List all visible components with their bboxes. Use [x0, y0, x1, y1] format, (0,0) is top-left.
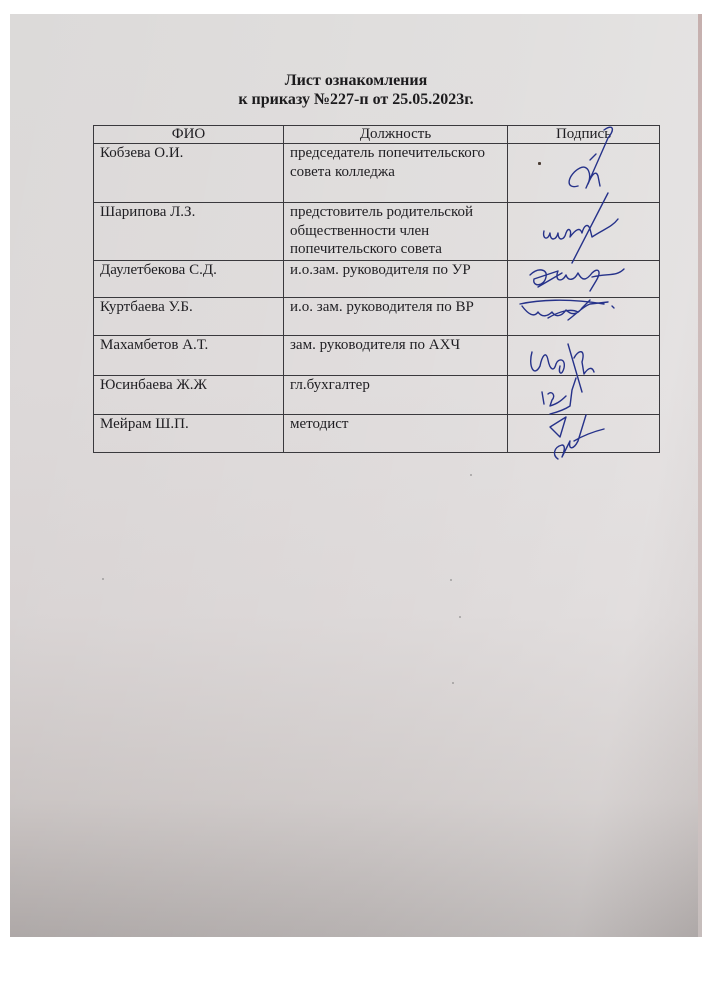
document-subtitle: к приказу №227-п от 25.05.2023г. — [10, 91, 702, 109]
paper-speck — [102, 578, 104, 580]
header-name: ФИО — [94, 126, 284, 144]
cell-position: и.о.зам. руководителя по УР — [284, 261, 508, 298]
cell-name: Даулетбекова С.Д. — [94, 261, 284, 298]
document-photo: Лист ознакомления к приказу №227-п от 25… — [10, 14, 702, 937]
paper-sheet: Лист ознакомления к приказу №227-п от 25… — [10, 14, 702, 937]
paper-speck — [470, 474, 472, 476]
cell-signature — [508, 336, 660, 376]
table-row: Мейрам Ш.П. методист — [94, 415, 660, 453]
cell-signature — [508, 376, 660, 415]
table-row: Кобзева О.И. председатель попечительског… — [94, 144, 660, 203]
table-row: Юсинбаева Ж.Ж гл.бухгалтер — [94, 376, 660, 415]
table-row: Махамбетов А.Т. зам. руководителя по АХЧ — [94, 336, 660, 376]
table-row: Шарипова Л.З. предстовитель родительской… — [94, 203, 660, 261]
cell-signature — [508, 203, 660, 261]
header-signature: Подпись — [508, 126, 660, 144]
cell-position: председатель попечительского совета колл… — [284, 144, 508, 203]
acknowledgement-table: ФИО Должность Подпись Кобзева О.И. предс… — [93, 125, 660, 453]
paper-speck — [450, 579, 452, 581]
paper-speck — [452, 682, 454, 684]
cell-name: Мейрам Ш.П. — [94, 415, 284, 453]
cell-name: Кобзева О.И. — [94, 144, 284, 203]
cell-name: Шарипова Л.З. — [94, 203, 284, 261]
cell-name: Куртбаева У.Б. — [94, 298, 284, 336]
cell-signature — [508, 261, 660, 298]
cell-name: Юсинбаева Ж.Ж — [94, 376, 284, 415]
header-position: Должность — [284, 126, 508, 144]
cell-position: и.о. зам. руководителя по ВР — [284, 298, 508, 336]
table-header-row: ФИО Должность Подпись — [94, 126, 660, 144]
cell-signature — [508, 415, 660, 453]
table-row: Даулетбекова С.Д. и.о.зам. руководителя … — [94, 261, 660, 298]
paper-speck — [459, 616, 461, 618]
cell-signature — [508, 144, 660, 203]
document-title: Лист ознакомления — [10, 72, 702, 90]
cell-position: предстовитель родительской общественност… — [284, 203, 508, 261]
table-row: Куртбаева У.Б. и.о. зам. руководителя по… — [94, 298, 660, 336]
cell-name: Махамбетов А.Т. — [94, 336, 284, 376]
cell-position: методист — [284, 415, 508, 453]
cell-signature — [508, 298, 660, 336]
cell-position: зам. руководителя по АХЧ — [284, 336, 508, 376]
cell-position: гл.бухгалтер — [284, 376, 508, 415]
